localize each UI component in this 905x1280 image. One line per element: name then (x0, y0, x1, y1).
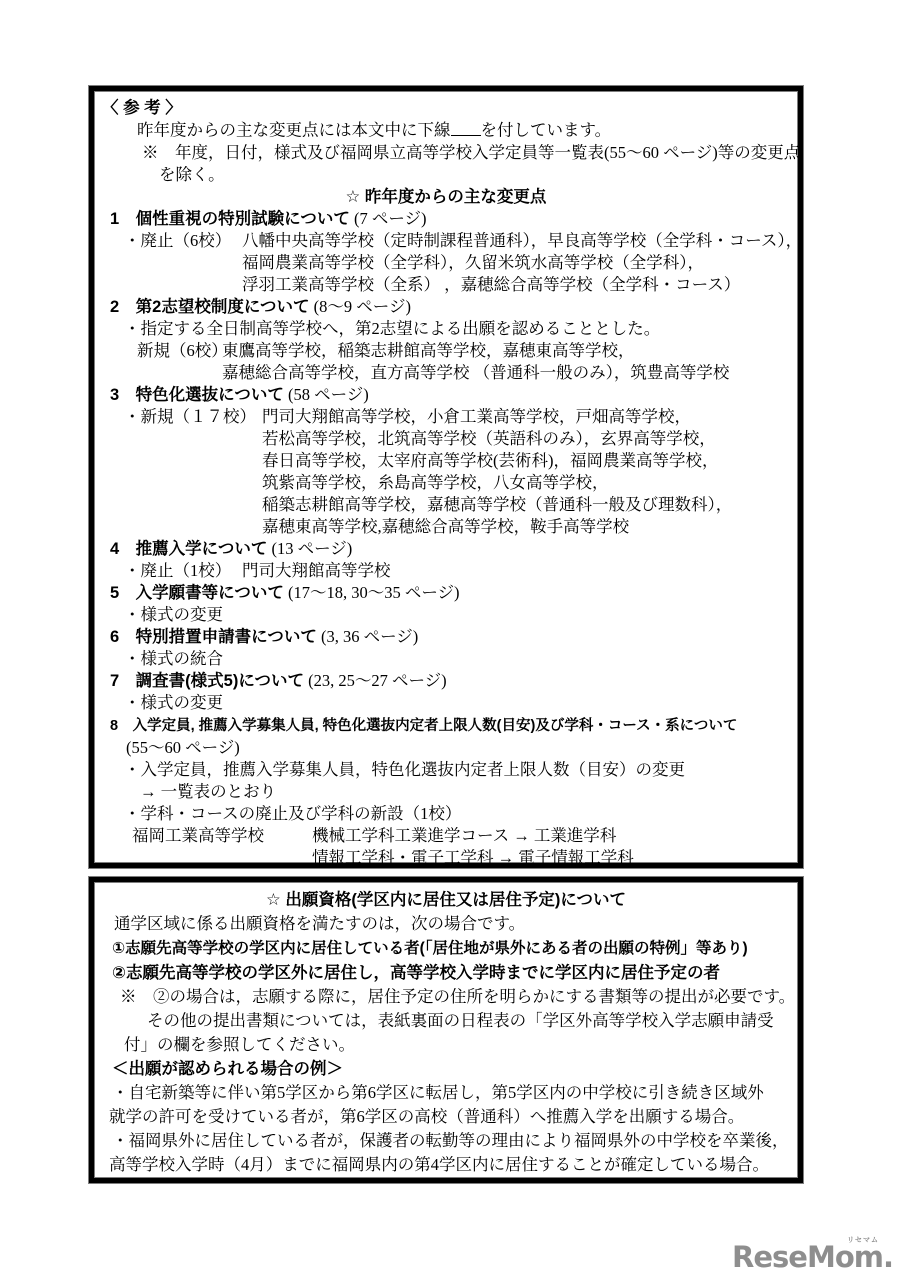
text-line: 就学の許可を受けている者が，第6学区の高校（普通科）へ推薦入学を出願する場合。 (109, 1105, 790, 1129)
text-line: ②志願先高等学校の学区外に居住し，高等学校入学時までに学区内に居住予定の者 (112, 961, 790, 985)
text-segment: 嘉穂東高等学校,嘉穂総合高等学校，鞍手高等学校 (262, 517, 629, 536)
text-line: ・新規（１７校）門司大翔館高等学校，小倉工業高等学校，戸畑高等学校， (124, 406, 790, 428)
text-segment: 情報工学科・電子工学科 → 電子情報工学科 (312, 848, 634, 867)
text-line: 福岡工業高等学校機械工学科工業進学コース → 工業進学科 (132, 825, 790, 847)
text-segment: 高等学校入学時（4月）までに福岡県内の第4学区内に居住することが確定している場合… (109, 1155, 769, 1174)
text-line: ・指定する全日制高等学校へ，第2志望による出願を認めることとした。 (124, 318, 790, 340)
text-segment: (13 ページ) (267, 539, 352, 558)
text-segment: 5 入学願書等について (110, 584, 284, 602)
text-line: ・自宅新築等に伴い第5学区から第6学区に転居し，第5学区内の中学校に引き続き区域… (112, 1081, 790, 1105)
text-line: 付」の欄を参照してください。 (124, 1033, 790, 1057)
text-line: ※ ②の場合は，志願する際に，居住予定の住所を明らかにする書類等の提出が必要です… (120, 985, 790, 1009)
text-line: 嘉穂総合高等学校，直方高等学校 （普通科一般のみ），筑豊高等学校 (222, 362, 790, 384)
text-line: 高等学校入学時（4月）までに福岡県内の第4学区内に居住することが確定している場合… (109, 1153, 790, 1177)
text-segment: ＜出願が認められる場合の例＞ (112, 1060, 343, 1078)
text-segment: 門司大翔館高等学校，小倉工業高等学校，戸畑高等学校， (262, 407, 691, 426)
text-line: 嘉穂東高等学校,嘉穂総合高等学校，鞍手高等学校 (262, 516, 790, 538)
text-segment: を除く。 (159, 165, 225, 184)
text-line: 7 調査書(様式5)について (23, 25～27 ページ) (110, 670, 790, 692)
text-line: ☆ 昨年度からの主な変更点 (102, 186, 790, 208)
text-line: その他の提出書類については，表紙裏面の日程表の「学区外高等学校入学志願申請受 (147, 1009, 790, 1033)
text-line: を除く。 (159, 164, 790, 186)
text-segment: ・廃止（1校） (124, 560, 242, 582)
text-segment: ・入学定員，推薦入学募集人員，特色化選抜内定者上限人数（目安）の変更 (124, 760, 685, 779)
text-segment: ・福岡県外に居住している者が，保護者の転勤等の理由により福岡県外の中学校を卒業後… (112, 1131, 789, 1150)
text-segment: 1 個性重視の特別試験について (110, 210, 350, 228)
text-segment: 〈 参 考 〉 (102, 99, 182, 117)
text-line: ＜出願が認められる場合の例＞ (112, 1057, 790, 1081)
text-line: 通学区域に係る出願資格を満たすのは，次の場合です。 (114, 912, 790, 936)
text-line: 6 特別措置申請書について (3, 36 ページ) (110, 626, 790, 648)
text-segment: ・様式の変更 (124, 693, 223, 712)
text-line: 3 特色化選抜について (58 ページ) (110, 384, 790, 406)
text-line: 5 入学願書等について (17～18, 30～35 ページ) (110, 582, 790, 604)
reference-notes-box: 〈 参 考 〉昨年度からの主な変更点には本文中に下線を付しています。※ 年度，日… (89, 86, 803, 868)
text-line: ・廃止（6校）八幡中央高等学校（定時制課程普通科），早良高等学校（全学科・コース… (124, 230, 790, 252)
text-segment: 若松高等学校，北筑高等学校（英語科のみ），玄界高等学校， (262, 429, 716, 448)
text-line: ・廃止（1校）門司大翔館高等学校 (124, 560, 790, 582)
text-segment: (55～60 ページ) (126, 738, 240, 757)
text-line: 1 個性重視の特別試験について (7 ページ) (110, 208, 790, 230)
resemom-logo-text: ReseMom. (732, 1240, 893, 1274)
text-segment: ・廃止（6校） (124, 230, 242, 252)
text-line: 〈 参 考 〉 (102, 97, 790, 119)
text-line: ・様式の統合 (124, 648, 790, 670)
text-segment: (8～9 ページ) (310, 297, 411, 316)
text-segment: 福岡工業高等学校 (132, 825, 312, 847)
text-segment: (23, 25～27 ページ) (304, 671, 447, 690)
text-segment: (3, 36 ページ) (317, 627, 418, 646)
text-segment: を付しています。 (481, 121, 612, 140)
text-segment: (58 ページ) (284, 385, 369, 404)
text-segment: ・指定する全日制高等学校へ，第2志望による出願を認めることとした。 (124, 319, 660, 338)
text-line: 昨年度からの主な変更点には本文中に下線を付しています。 (137, 119, 790, 142)
text-segment: 稲築志耕館高等学校，嘉穂高等学校（普通科一般及び理数科）， (262, 495, 732, 514)
text-segment: 福岡農業高等学校（全学科），久留米筑水高等学校（全学科）， (242, 253, 704, 272)
text-line: ・福岡県外に居住している者が，保護者の転勤等の理由により福岡県外の中学校を卒業後… (112, 1129, 790, 1153)
text-line: 筑紫高等学校，糸島高等学校，八女高等学校， (262, 472, 790, 494)
text-line: (55～60 ページ) (126, 737, 790, 759)
text-segment: ・様式の統合 (124, 649, 223, 668)
text-segment: 機械工学科工業進学コース → 工業進学科 (312, 826, 616, 845)
text-segment: 浮羽工業高等学校（全系） ，嘉穂総合高等学校（全学科・コース） (242, 275, 740, 294)
text-segment: 3 特色化選抜について (110, 386, 284, 404)
text-segment: ・自宅新築等に伴い第5学区から第6学区に転居し，第5学区内の中学校に引き続き区域… (112, 1083, 764, 1102)
text-segment: ①志願先高等学校の学区内に居住している者(「居住地が県外にある者の出願の特例」等… (112, 940, 748, 957)
text-line: 2 第2志望校制度について (8～9 ページ) (110, 296, 790, 318)
text-segment: 嘉穂総合高等学校，直方高等学校 （普通科一般のみ），筑豊高等学校 (222, 363, 729, 382)
text-line: 稲築志耕館高等学校，嘉穂高等学校（普通科一般及び理数科）， (262, 494, 790, 516)
text-segment: 4 推薦入学について (110, 540, 267, 558)
text-segment: ☆ 昨年度からの主な変更点 (346, 188, 547, 206)
text-segment: 6 特別措置申請書について (110, 628, 317, 646)
text-segment: ②志願先高等学校の学区外に居住し，高等学校入学時までに学区内に居住予定の者 (112, 964, 720, 982)
scanned-document-page: { "logo": { "text": "ReseMom.", "kana": … (0, 0, 905, 1280)
application-eligibility-box: ☆ 出願資格(学区内に居住又は居住予定)について通学区域に係る出願資格を満たすの… (89, 877, 803, 1183)
text-segment: その他の提出書類については，表紙裏面の日程表の「学区外高等学校入学志願申請受 (147, 1011, 774, 1030)
text-line: ・入学定員，推薦入学募集人員，特色化選抜内定者上限人数（目安）の変更 (124, 759, 790, 781)
text-line: 浮羽工業高等学校（全系） ，嘉穂総合高等学校（全学科・コース） (242, 274, 790, 296)
underline-blank (451, 119, 481, 136)
text-segment: 2 第2志望校制度について (110, 298, 310, 316)
text-segment: ☆ 出願資格(学区内に居住又は居住予定)について (266, 891, 626, 909)
text-line: ・様式の変更 (124, 604, 790, 626)
text-segment: 8 入学定員, 推薦入学募集人員, 特色化選抜内定者上限人数(目安)及び学科・コ… (110, 718, 737, 734)
text-segment: ※ ②の場合は，志願する際に，居住予定の住所を明らかにする書類等の提出が必要です… (120, 987, 795, 1006)
text-segment: ・様式の変更 (124, 605, 223, 624)
text-line: 情報工学科・電子工学科 → 電子情報工学科 (312, 847, 790, 868)
text-segment: 東鷹高等学校，稲築志耕館高等学校，嘉穂東高等学校， (222, 341, 635, 360)
text-segment: ※ 年度，日付，様式及び福岡県立高等学校入学定員等一覧表(55～60 ページ)等… (142, 143, 800, 162)
text-line: 若松高等学校，北筑高等学校（英語科のみ），玄界高等学校， (262, 428, 790, 450)
text-segment: 7 調査書(様式5)について (110, 672, 304, 690)
text-segment: (7 ページ) (350, 209, 427, 228)
text-line: ※ 年度，日付，様式及び福岡県立高等学校入学定員等一覧表(55～60 ページ)等… (142, 142, 790, 164)
text-segment: 昨年度からの主な変更点には本文中に下線 (137, 121, 451, 140)
text-segment: 筑紫高等学校，糸島高等学校，八女高等学校， (262, 473, 609, 492)
text-line: ・学科・コースの廃止及び学科の新設（1校） (124, 803, 790, 825)
text-segment: 八幡中央高等学校（定時制課程普通科），早良高等学校（全学科・コース）， (242, 231, 802, 250)
resemom-logo-kana: リセマム (847, 1237, 879, 1244)
text-segment: (17～18, 30～35 ページ) (284, 583, 460, 602)
text-segment: → 一覧表のとおり (140, 782, 276, 801)
text-line: ☆ 出願資格(学区内に居住又は居住予定)について (102, 888, 790, 912)
text-segment: 通学区域に係る出願資格を満たすのは，次の場合です。 (114, 914, 525, 933)
text-segment: 付」の欄を参照してください。 (124, 1035, 355, 1054)
text-line: 春日高等学校，太宰府高等学校(芸術科)，福岡農業高等学校， (262, 450, 790, 472)
text-segment: 新規（6校） (137, 340, 222, 362)
text-line: 4 推薦入学について (13 ページ) (110, 538, 790, 560)
text-line: 新規（6校）東鷹高等学校，稲築志耕館高等学校，嘉穂東高等学校， (137, 340, 790, 362)
text-segment: ・新規（１７校） (124, 406, 262, 428)
text-line: 福岡農業高等学校（全学科），久留米筑水高等学校（全学科）， (242, 252, 790, 274)
text-segment: 就学の許可を受けている者が，第6学区の高校（普通科）へ推薦入学を出願する場合。 (109, 1107, 744, 1126)
text-segment: ・学科・コースの廃止及び学科の新設（1校） (124, 804, 461, 823)
resemom-logo: リセマム ReseMom. (732, 1243, 893, 1272)
text-line: → 一覧表のとおり (140, 781, 790, 803)
text-line: ・様式の変更 (124, 692, 790, 714)
text-line: ①志願先高等学校の学区内に居住している者(「居住地が県外にある者の出願の特例」等… (112, 936, 790, 961)
text-line: 8 入学定員, 推薦入学募集人員, 特色化選抜内定者上限人数(目安)及び学科・コ… (110, 714, 790, 737)
text-segment: 春日高等学校，太宰府高等学校(芸術科)，福岡農業高等学校， (262, 451, 719, 470)
text-segment: 門司大翔館高等学校 (242, 561, 391, 580)
